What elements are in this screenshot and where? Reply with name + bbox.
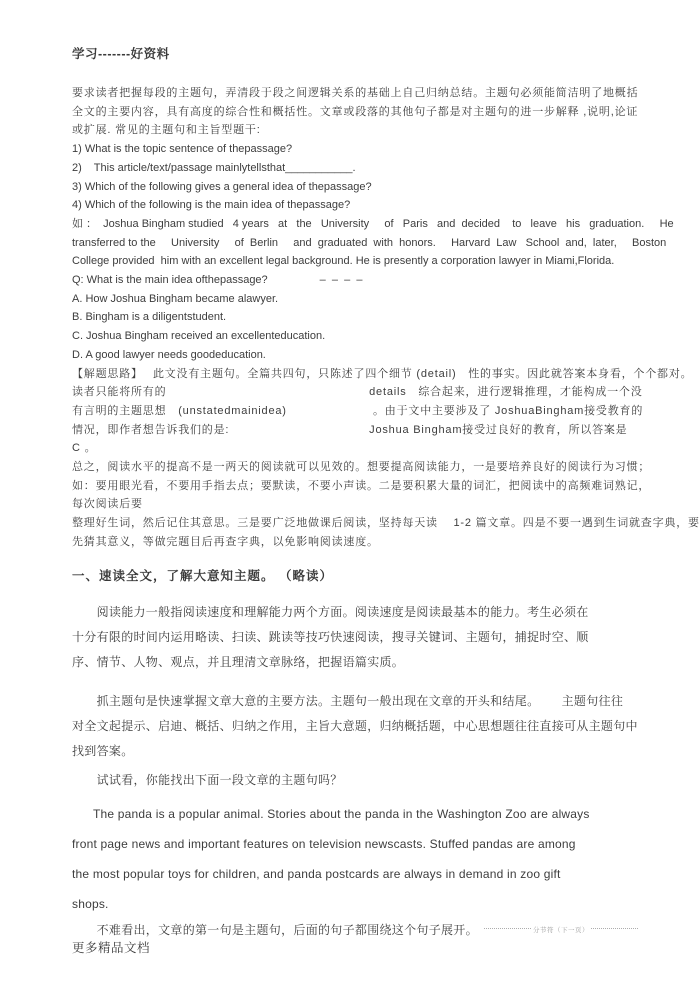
analysis-right: details 综合起来，进行逻辑推理，才能构成一个没 bbox=[369, 383, 642, 402]
text-line: The panda is a popular animal. Stories a… bbox=[72, 799, 638, 829]
text-line: 序、情节、人物、观点，并且理清文章脉络，把握语篇实质。 bbox=[72, 650, 638, 675]
text-line: 找到答案。 bbox=[72, 739, 638, 764]
example-line: 如 ： Joshua Bingham studied 4 years at th… bbox=[72, 215, 638, 234]
text-line: 阅读能力一般指阅读速度和理解能力两个方面。阅读速度是阅读最基本的能力。考生必须在 bbox=[72, 600, 638, 625]
main-idea-question: Q: What is the main idea ofthepassage? –… bbox=[72, 271, 638, 290]
analysis-left: 读者只能将所有的 bbox=[72, 383, 369, 402]
section-break-marker: 分节符（下一页） bbox=[484, 925, 638, 934]
analysis-left: 情况，即作者想告诉我们的是: bbox=[72, 421, 369, 440]
option-a: A. How Joshua Bingham became alawyer. bbox=[72, 290, 638, 309]
dotted-rule bbox=[591, 928, 638, 929]
document-page: 学习-------好资料 要求读者把握每段的主题句，弄清段于段之间逻辑关系的基础… bbox=[0, 0, 700, 990]
question-stem-3: 3) Which of the following gives a genera… bbox=[72, 178, 638, 197]
try-it-prompt: 试试看，你能找出下面一段文章的主题句吗？ bbox=[72, 768, 638, 793]
intro-line: 要求读者把握每段的主题句，弄清段于段之间逻辑关系的基础上自己归纳总结。主题句必须… bbox=[72, 84, 638, 103]
example-line: College provided him with an excellent l… bbox=[72, 252, 638, 271]
example-line: transferred to the University of Berlin … bbox=[72, 234, 638, 253]
summary-line: 总之，阅读水平的提高不是一两天的阅读就可以见效的。想要提高阅读能力，一是要培养良… bbox=[72, 458, 638, 477]
analysis-right: 。由于文中主要涉及了 JoshuaBingham接受教育的 bbox=[369, 402, 643, 421]
upper-text-block: 要求读者把握每段的主题句，弄清段于段之间逻辑关系的基础上自己归纳总结。主题句必须… bbox=[72, 84, 638, 552]
question-stem-4: 4) Which of the following is the main id… bbox=[72, 196, 638, 215]
skim-paragraph-2: 抓主题句是快速掌握文章大意的主要方法。主题句一般出现在文章的开头和结尾。 主题句… bbox=[72, 689, 638, 764]
text-line: front page news and important features o… bbox=[72, 829, 638, 859]
summary-line: 每次阅读后要 bbox=[72, 495, 638, 514]
intro-line: 全文的主要内容，具有高度的综合性和概括性。文章或段落的其他句子都是对主题句的进一… bbox=[72, 103, 638, 122]
text-line: 对全文起提示、启迪、概括、归纳之作用，主旨大意题，归纳概括题，中心思想题往往直接… bbox=[72, 714, 638, 739]
text-line: shops. bbox=[72, 889, 638, 919]
summary-line: 先猜其意义，等做完题目后再查字典，以免影响阅读速度。 bbox=[72, 533, 638, 552]
section-break-label: 分节符（下一页） bbox=[531, 925, 591, 934]
summary-line: 整理好生词，然后记住其意思。三是要广泛地做课后阅读，坚持每天读 1-2 篇文章。… bbox=[72, 514, 638, 533]
question-stem-2: 2) This article/text/passage mainlytells… bbox=[72, 159, 638, 178]
text-line: the most popular toys for children, and … bbox=[72, 859, 638, 889]
analysis-row: 情况，即作者想告诉我们的是: Joshua Bingham接受过良好的教育，所以… bbox=[72, 421, 638, 440]
analysis-right: Joshua Bingham接受过良好的教育，所以答案是 bbox=[369, 421, 638, 440]
analysis-row: 有言明的主题思想 (unstatedmainidea) 。由于文中主要涉及了 J… bbox=[72, 402, 638, 421]
document-header: 学习-------好资料 bbox=[72, 44, 638, 62]
summary-line: 如：要用眼光看，不要用手指去点；要默读，不要小声读。二是要积累大量的词汇，把阅读… bbox=[72, 477, 638, 496]
skim-paragraph-1: 阅读能力一般指阅读速度和理解能力两个方面。阅读速度是阅读最基本的能力。考生必须在… bbox=[72, 600, 638, 675]
analysis-row: 读者只能将所有的 details 综合起来，进行逻辑推理，才能构成一个没 bbox=[72, 383, 638, 402]
conclusion-row: 不难看出，文章的第一句是主题句，后面的句子都围绕这个句子展开。 分节符（下一页） bbox=[72, 921, 638, 939]
option-c: C. Joshua Bingham received an excellente… bbox=[72, 327, 638, 346]
section-one-heading: 一、速读全文，了解大意知主题。 （略读） bbox=[72, 566, 638, 586]
panda-paragraph: The panda is a popular animal. Stories a… bbox=[72, 799, 638, 919]
page-content: 学习-------好资料 要求读者把握每段的主题句，弄清段于段之间逻辑关系的基础… bbox=[72, 44, 638, 956]
text-line: 十分有限的时间内运用略读、扫读、跳读等技巧快速阅读，搜寻关键词、主题句，捕捉时空… bbox=[72, 625, 638, 650]
analysis-heading-line: 【解题思路】 此文没有主题句。全篇共四句，只陈述了四个细节 (detail) 性… bbox=[72, 365, 638, 384]
analysis-left: 有言明的主题思想 (unstatedmainidea) bbox=[72, 402, 369, 421]
document-footer: 更多精品文档 bbox=[72, 940, 638, 956]
option-d: D. A good lawyer needs goodeducation. bbox=[72, 346, 638, 365]
analysis-answer: C 。 bbox=[72, 439, 638, 458]
question-stem-1: 1) What is the topic sentence of thepass… bbox=[72, 140, 638, 159]
conclusion-text: 不难看出，文章的第一句是主题句，后面的句子都围绕这个句子展开。 bbox=[72, 921, 478, 939]
option-b: B. Bingham is a diligentstudent. bbox=[72, 308, 638, 327]
intro-line: 或扩展. 常见的主题句和主旨型题干: bbox=[72, 121, 638, 140]
text-line: 抓主题句是快速掌握文章大意的主要方法。主题句一般出现在文章的开头和结尾。 主题句… bbox=[72, 689, 638, 714]
dotted-rule bbox=[484, 928, 531, 929]
